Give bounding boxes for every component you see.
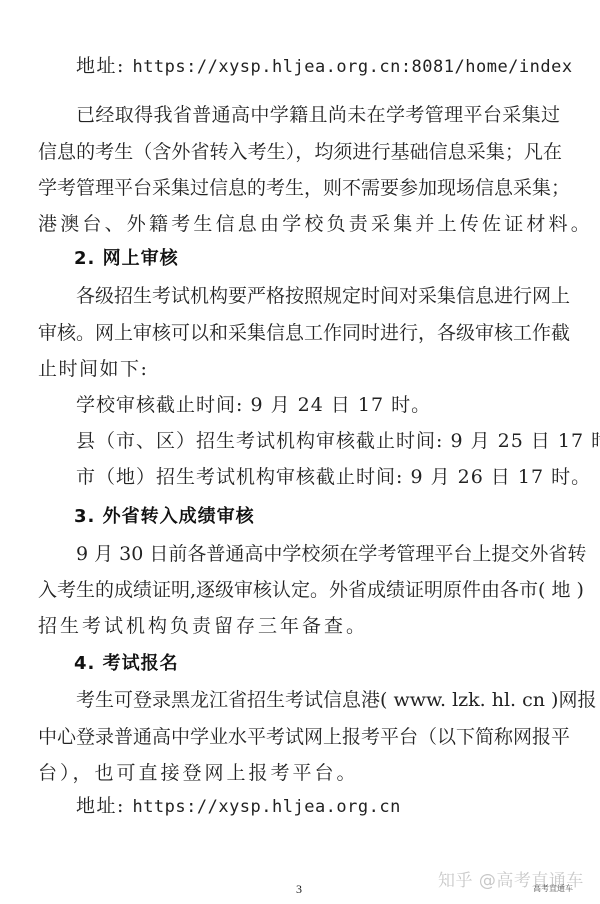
section-2-heading: 2. 网上审核 <box>74 247 179 271</box>
address-label: 地址: <box>76 795 132 817</box>
section-4-line-3: 台），也可直接登网上报考平台。 <box>38 761 359 785</box>
address-label: 地址: <box>76 55 132 77</box>
address-line-1: 地址: https://xysp.hljea.org.cn:8081/home/… <box>76 54 573 79</box>
deadline-school: 学校审核截止时间: 9 月 24 日 17 时。 <box>76 393 431 417</box>
paragraph-1-line-1: 已经取得我省普通高中学籍且尚未在学考管理平台采集过 <box>76 103 560 127</box>
section-4-heading: 4. 考试报名 <box>74 652 179 676</box>
deadline-city: 市（地）招生考试机构审核截止时间: 9 月 26 日 17 时。 <box>76 465 591 489</box>
section-3-heading: 3. 外省转入成绩审核 <box>74 505 255 529</box>
paragraph-1-line-4: 港澳台、外籍考生信息由学校负责采集并上传佐证材料。 <box>38 212 593 236</box>
paragraph-1-line-3: 学考管理平台采集过信息的考生，则不需要参加现场信息采集； <box>38 176 542 200</box>
address-url: https://xysp.hljea.org.cn:8081/home/inde… <box>132 57 572 77</box>
deadline-county: 县（市、区）招生考试机构审核截止时间: 9 月 25 日 17 时。 <box>76 429 600 453</box>
section-4-line-1: 考生可登录黑龙江省招生考试信息港( www. lzk. hl. cn )网报 <box>76 688 560 712</box>
section-2-line-2: 审核。网上审核可以和采集信息工作同时进行，各级审核工作截 <box>38 321 562 345</box>
section-3-line-1: 9 月 30 日前各普通高中学校须在学考管理平台上提交外省转 <box>76 542 560 566</box>
section-4-line-2: 中心登录普通高中学业水平考试网上报考平台（以下简称网报平 <box>38 725 562 749</box>
document-page: 地址: https://xysp.hljea.org.cn:8081/home/… <box>0 0 600 904</box>
paragraph-1-line-2: 信息的考生（含外省转入考生），均须进行基础信息采集；凡在 <box>38 140 562 164</box>
section-2-line-3: 止时间如下: <box>38 357 148 381</box>
section-3-line-3: 招生考试机构负责留存三年备查。 <box>38 614 368 638</box>
section-3-line-2: 入考生的成绩证明,逐级审核认定。外省成绩证明原件由各市( 地 ) <box>38 578 562 602</box>
page-number: 3 <box>296 882 302 897</box>
address-url: https://xysp.hljea.org.cn <box>132 797 400 817</box>
section-2-line-1: 各级招生考试机构要严格按照规定时间对采集信息进行网上 <box>76 284 560 308</box>
watermark-small-label: 高考直通车 <box>533 883 573 894</box>
address-line-2: 地址: https://xysp.hljea.org.cn <box>76 794 401 819</box>
